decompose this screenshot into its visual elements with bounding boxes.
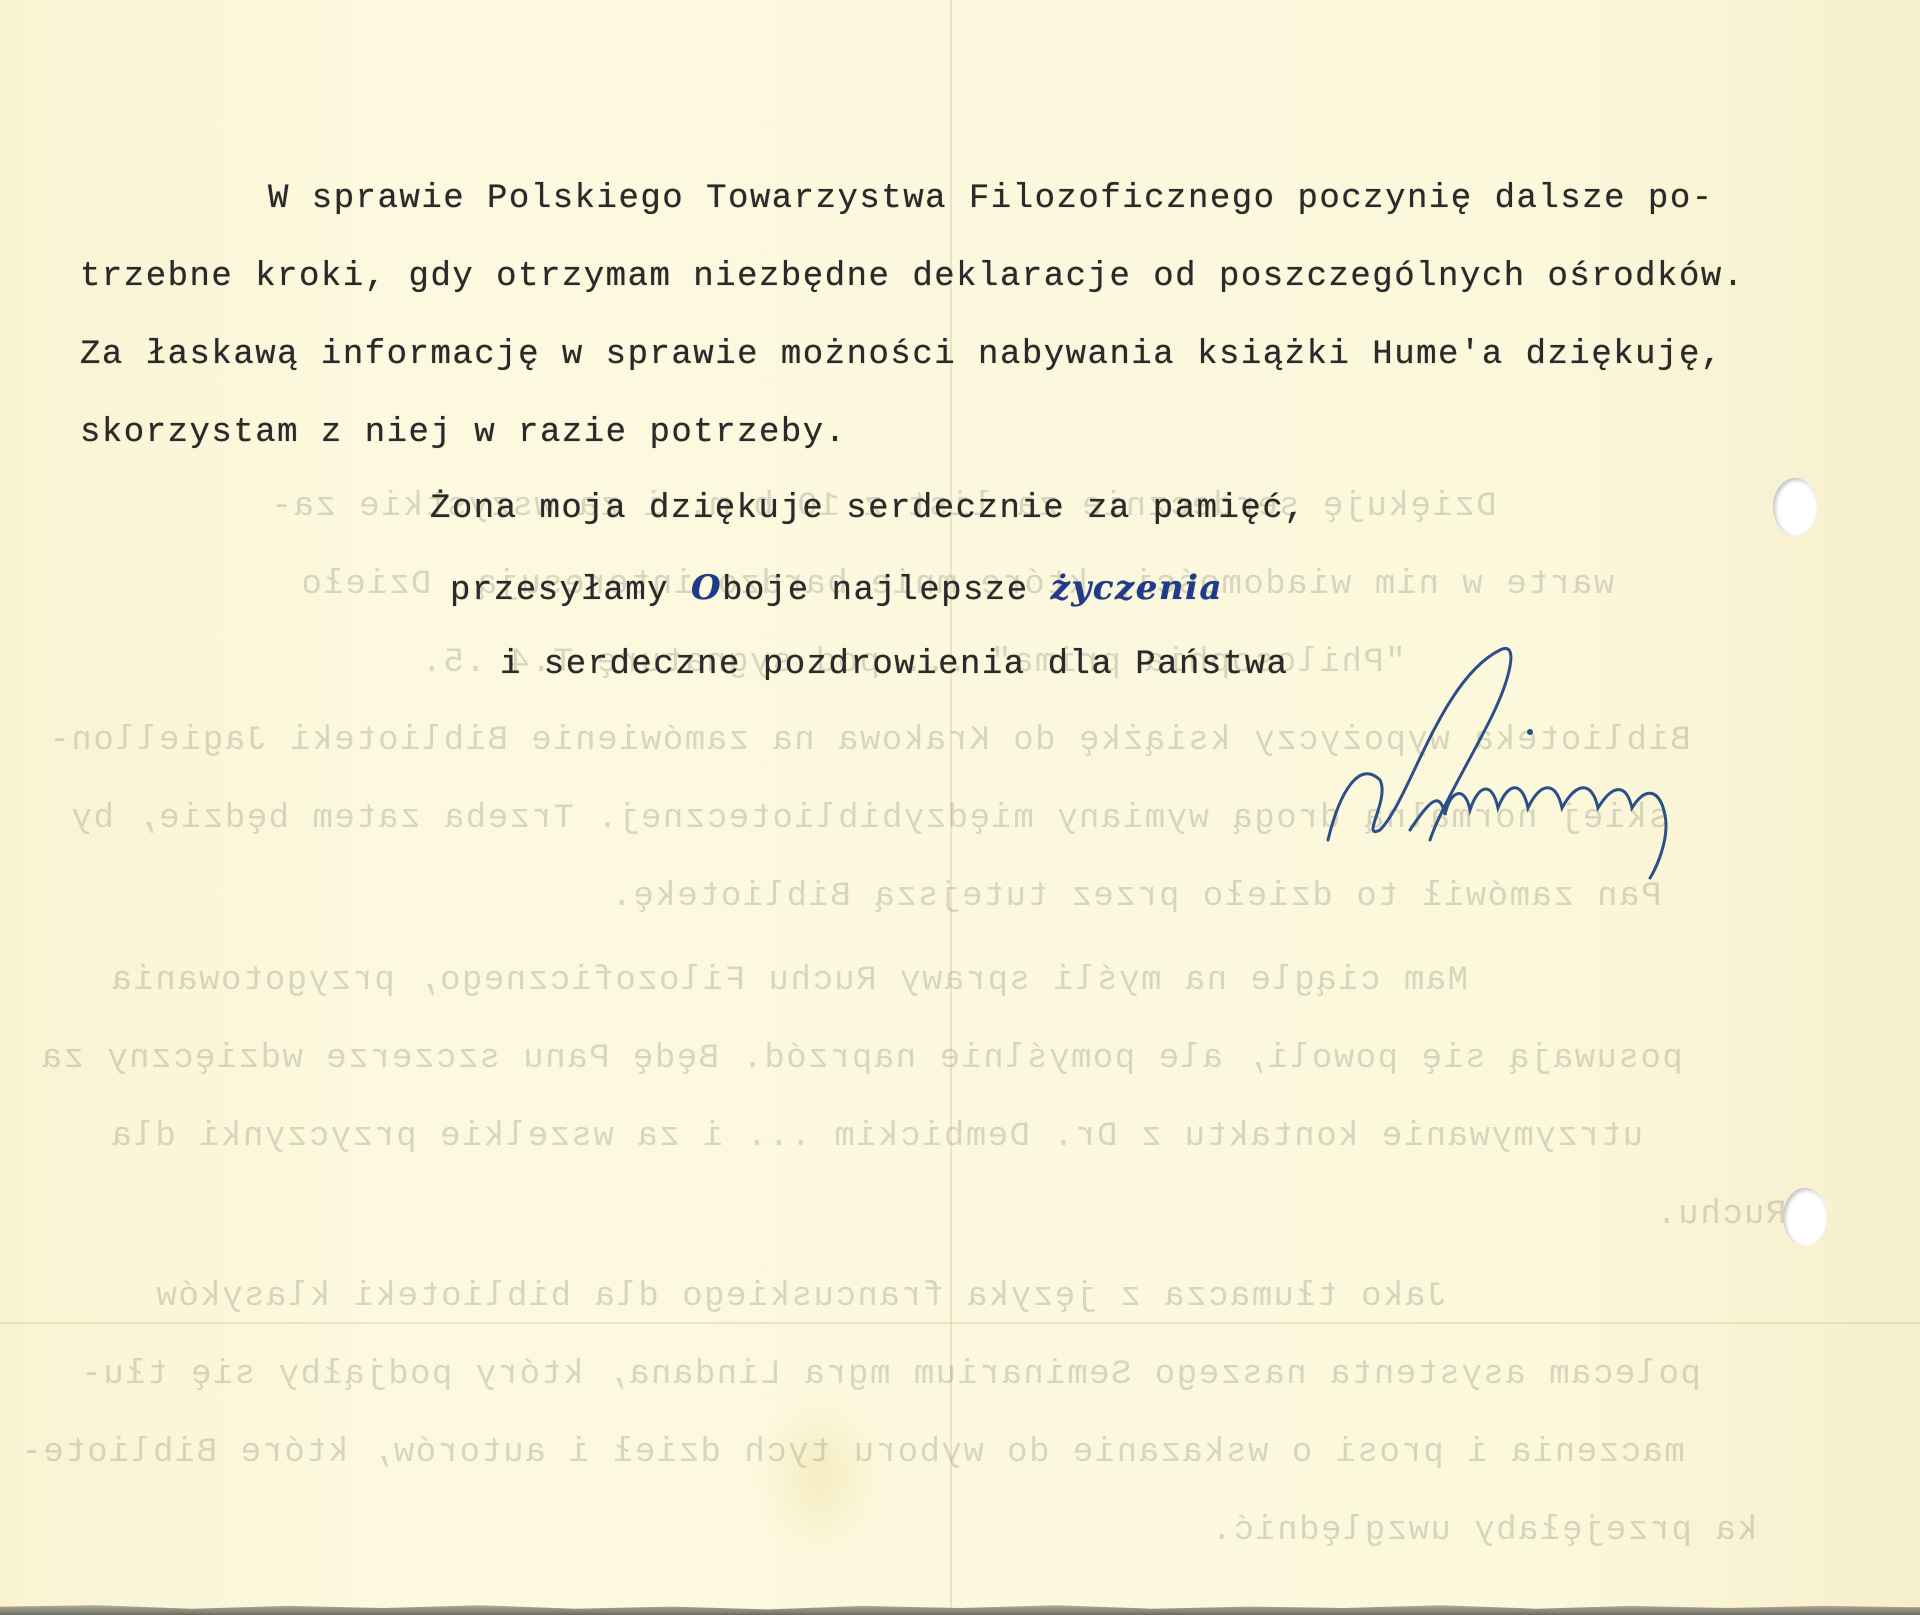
bleed-line: maczenia i prosi o wskazanie do wyboru t… — [20, 1434, 1685, 1472]
bleed-line: posuwają się powoli, ale pomyślnie naprz… — [40, 1040, 1683, 1078]
bleed-line: Ruchu. — [1655, 1196, 1786, 1234]
paragraph-line: Za łaskawą informację w sprawie możności… — [80, 336, 1723, 374]
closing-line: i serdeczne pozdrowienia dla Państwa — [500, 646, 1289, 684]
handwritten-correction-word: życzenia — [1051, 568, 1223, 608]
bleed-line: Pan zamówił to dzieło przez tutejszą Bib… — [610, 878, 1661, 916]
signature-icon — [1320, 640, 1860, 880]
handwritten-correction-o: O — [691, 568, 722, 608]
closing-typed-prefix: przesyłamy — [450, 572, 691, 610]
horizontal-fold-line — [0, 1322, 1920, 1324]
paragraph-line: trzebne kroki, gdy otrzymam niezbędne de… — [80, 258, 1745, 296]
bleed-line: utrzymywanie kontaktu z Dr. Dembickim ..… — [110, 1118, 1643, 1156]
bleed-line: Mam ciągle na myśli sprawy Ruchu Filozof… — [110, 962, 1468, 1000]
closing-typed-middle: boje najlepsze — [722, 572, 1051, 610]
punch-hole — [1773, 478, 1817, 536]
punch-hole — [1783, 1188, 1827, 1246]
paragraph-line: skorzystam z niej w razie potrzeby. — [80, 414, 847, 452]
closing-line: Żona moja dziękuje serdecznie za pamięć, — [430, 490, 1306, 528]
bleed-line: ka przejęłaby uwzględnić. — [1210, 1512, 1758, 1550]
bleed-line: polecam asystenta naszego Seminarium mgr… — [80, 1356, 1701, 1394]
bleed-line: Jako tłumacza z języka francuskiego dla … — [155, 1278, 1447, 1316]
closing-line-2: przesyłamy Oboje najlepsze życzenia — [450, 568, 1223, 610]
paragraph-line: W sprawie Polskiego Towarzystwa Filozofi… — [268, 180, 1714, 218]
